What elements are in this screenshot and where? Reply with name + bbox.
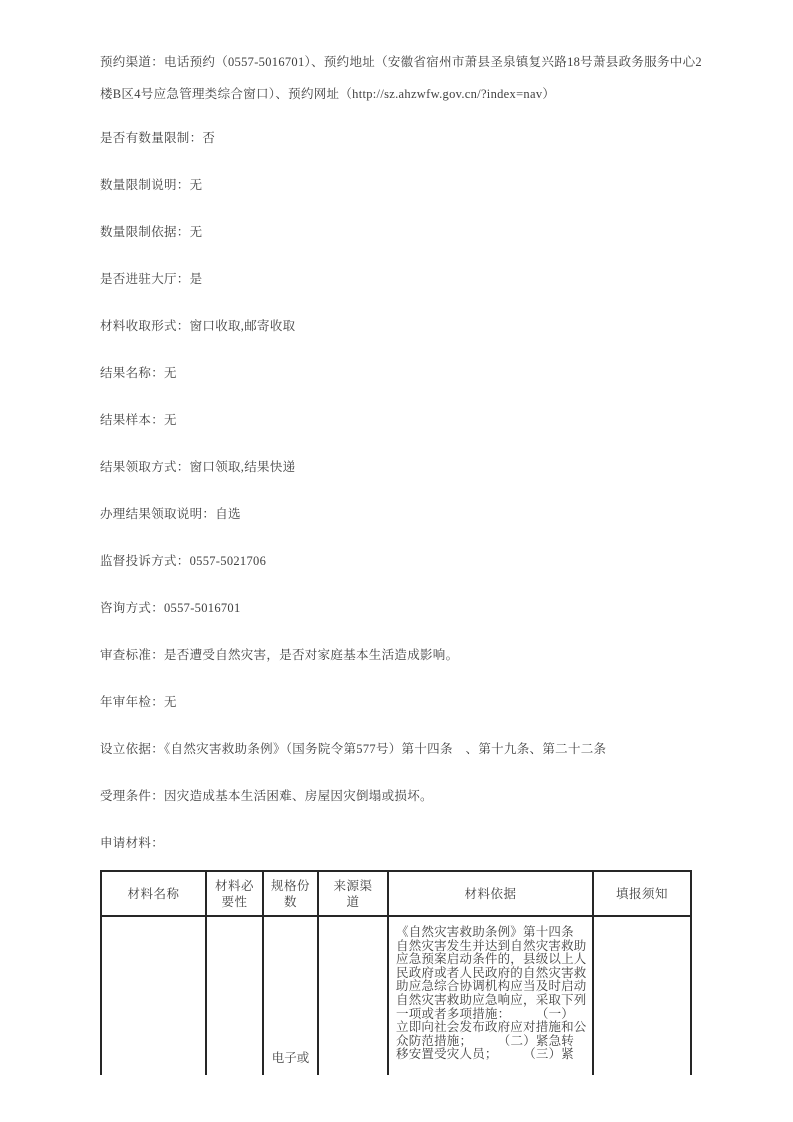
document-page: 预约渠道：电话预约（0557-5016701）、预约地址（安徽省宿州市萧县圣泉镇…	[0, 0, 793, 1075]
field-establishment-basis: 设立依据：《自然灾害救助条例》（国务院令第577号）第十四条 、第十九条、第二十…	[100, 733, 700, 765]
cell-filling-notes	[593, 916, 691, 1075]
field-application-materials-label: 申请材料：	[100, 827, 700, 859]
field-consultation: 咨询方式：0557-5016701	[100, 592, 700, 624]
col-header-source-channel: 来源渠 道	[318, 871, 388, 916]
table-header-row: 材料名称 材料必 要性 规格份 数 来源渠 道 材料依据 填报须知	[101, 871, 691, 916]
cell-source-channel	[318, 916, 388, 1075]
cell-material-name	[101, 916, 206, 1075]
field-result-sample: 结果样本：无	[100, 404, 700, 436]
col-header-filling-notes: 填报须知	[593, 871, 691, 916]
field-hall-presence: 是否进驻大厅：是	[100, 263, 700, 295]
field-quantity-limit: 是否有数量限制：否	[100, 122, 700, 154]
field-result-name: 结果名称：无	[100, 357, 700, 389]
field-review-standard: 审查标准：是否遭受自然灾害，是否对家庭基本生活造成影响。	[100, 639, 700, 671]
cell-material-basis: 《自然灾害救助条例》第十四条 自然灾害发生并达到自然灾害救助 应急预案启动条件的…	[388, 916, 593, 1075]
field-supervision-complaint: 监督投诉方式：0557-5021706	[100, 545, 700, 577]
cell-spec-copies: 电子或	[263, 916, 318, 1075]
field-result-pickup-method: 结果领取方式：窗口领取,结果快递	[100, 451, 700, 483]
col-header-material-name: 材料名称	[101, 871, 206, 916]
table-row: 电子或 《自然灾害救助条例》第十四条 自然灾害发生并达到自然灾害救助 应急预案启…	[101, 916, 691, 1075]
field-quantity-limit-description: 数量限制说明：无	[100, 169, 700, 201]
field-annual-review: 年审年检：无	[100, 686, 700, 718]
field-acceptance-conditions: 受理条件：因灾造成基本生活困难、房屋因灾倒塌或损坏。	[100, 780, 700, 812]
field-result-pickup-note: 办理结果领取说明：自选	[100, 498, 700, 530]
col-header-material-basis: 材料依据	[388, 871, 593, 916]
col-header-spec-copies: 规格份 数	[263, 871, 318, 916]
field-material-collection-form: 材料收取形式：窗口收取,邮寄收取	[100, 310, 700, 342]
col-header-necessity: 材料必 要性	[206, 871, 263, 916]
application-materials-table: 材料名称 材料必 要性 规格份 数 来源渠 道 材料依据 填报须知 电子或 《自…	[100, 870, 692, 1075]
cell-necessity	[206, 916, 263, 1075]
field-appointment-channels: 预约渠道：电话预约（0557-5016701）、预约地址（安徽省宿州市萧县圣泉镇…	[100, 46, 700, 110]
field-quantity-limit-basis: 数量限制依据：无	[100, 216, 700, 248]
